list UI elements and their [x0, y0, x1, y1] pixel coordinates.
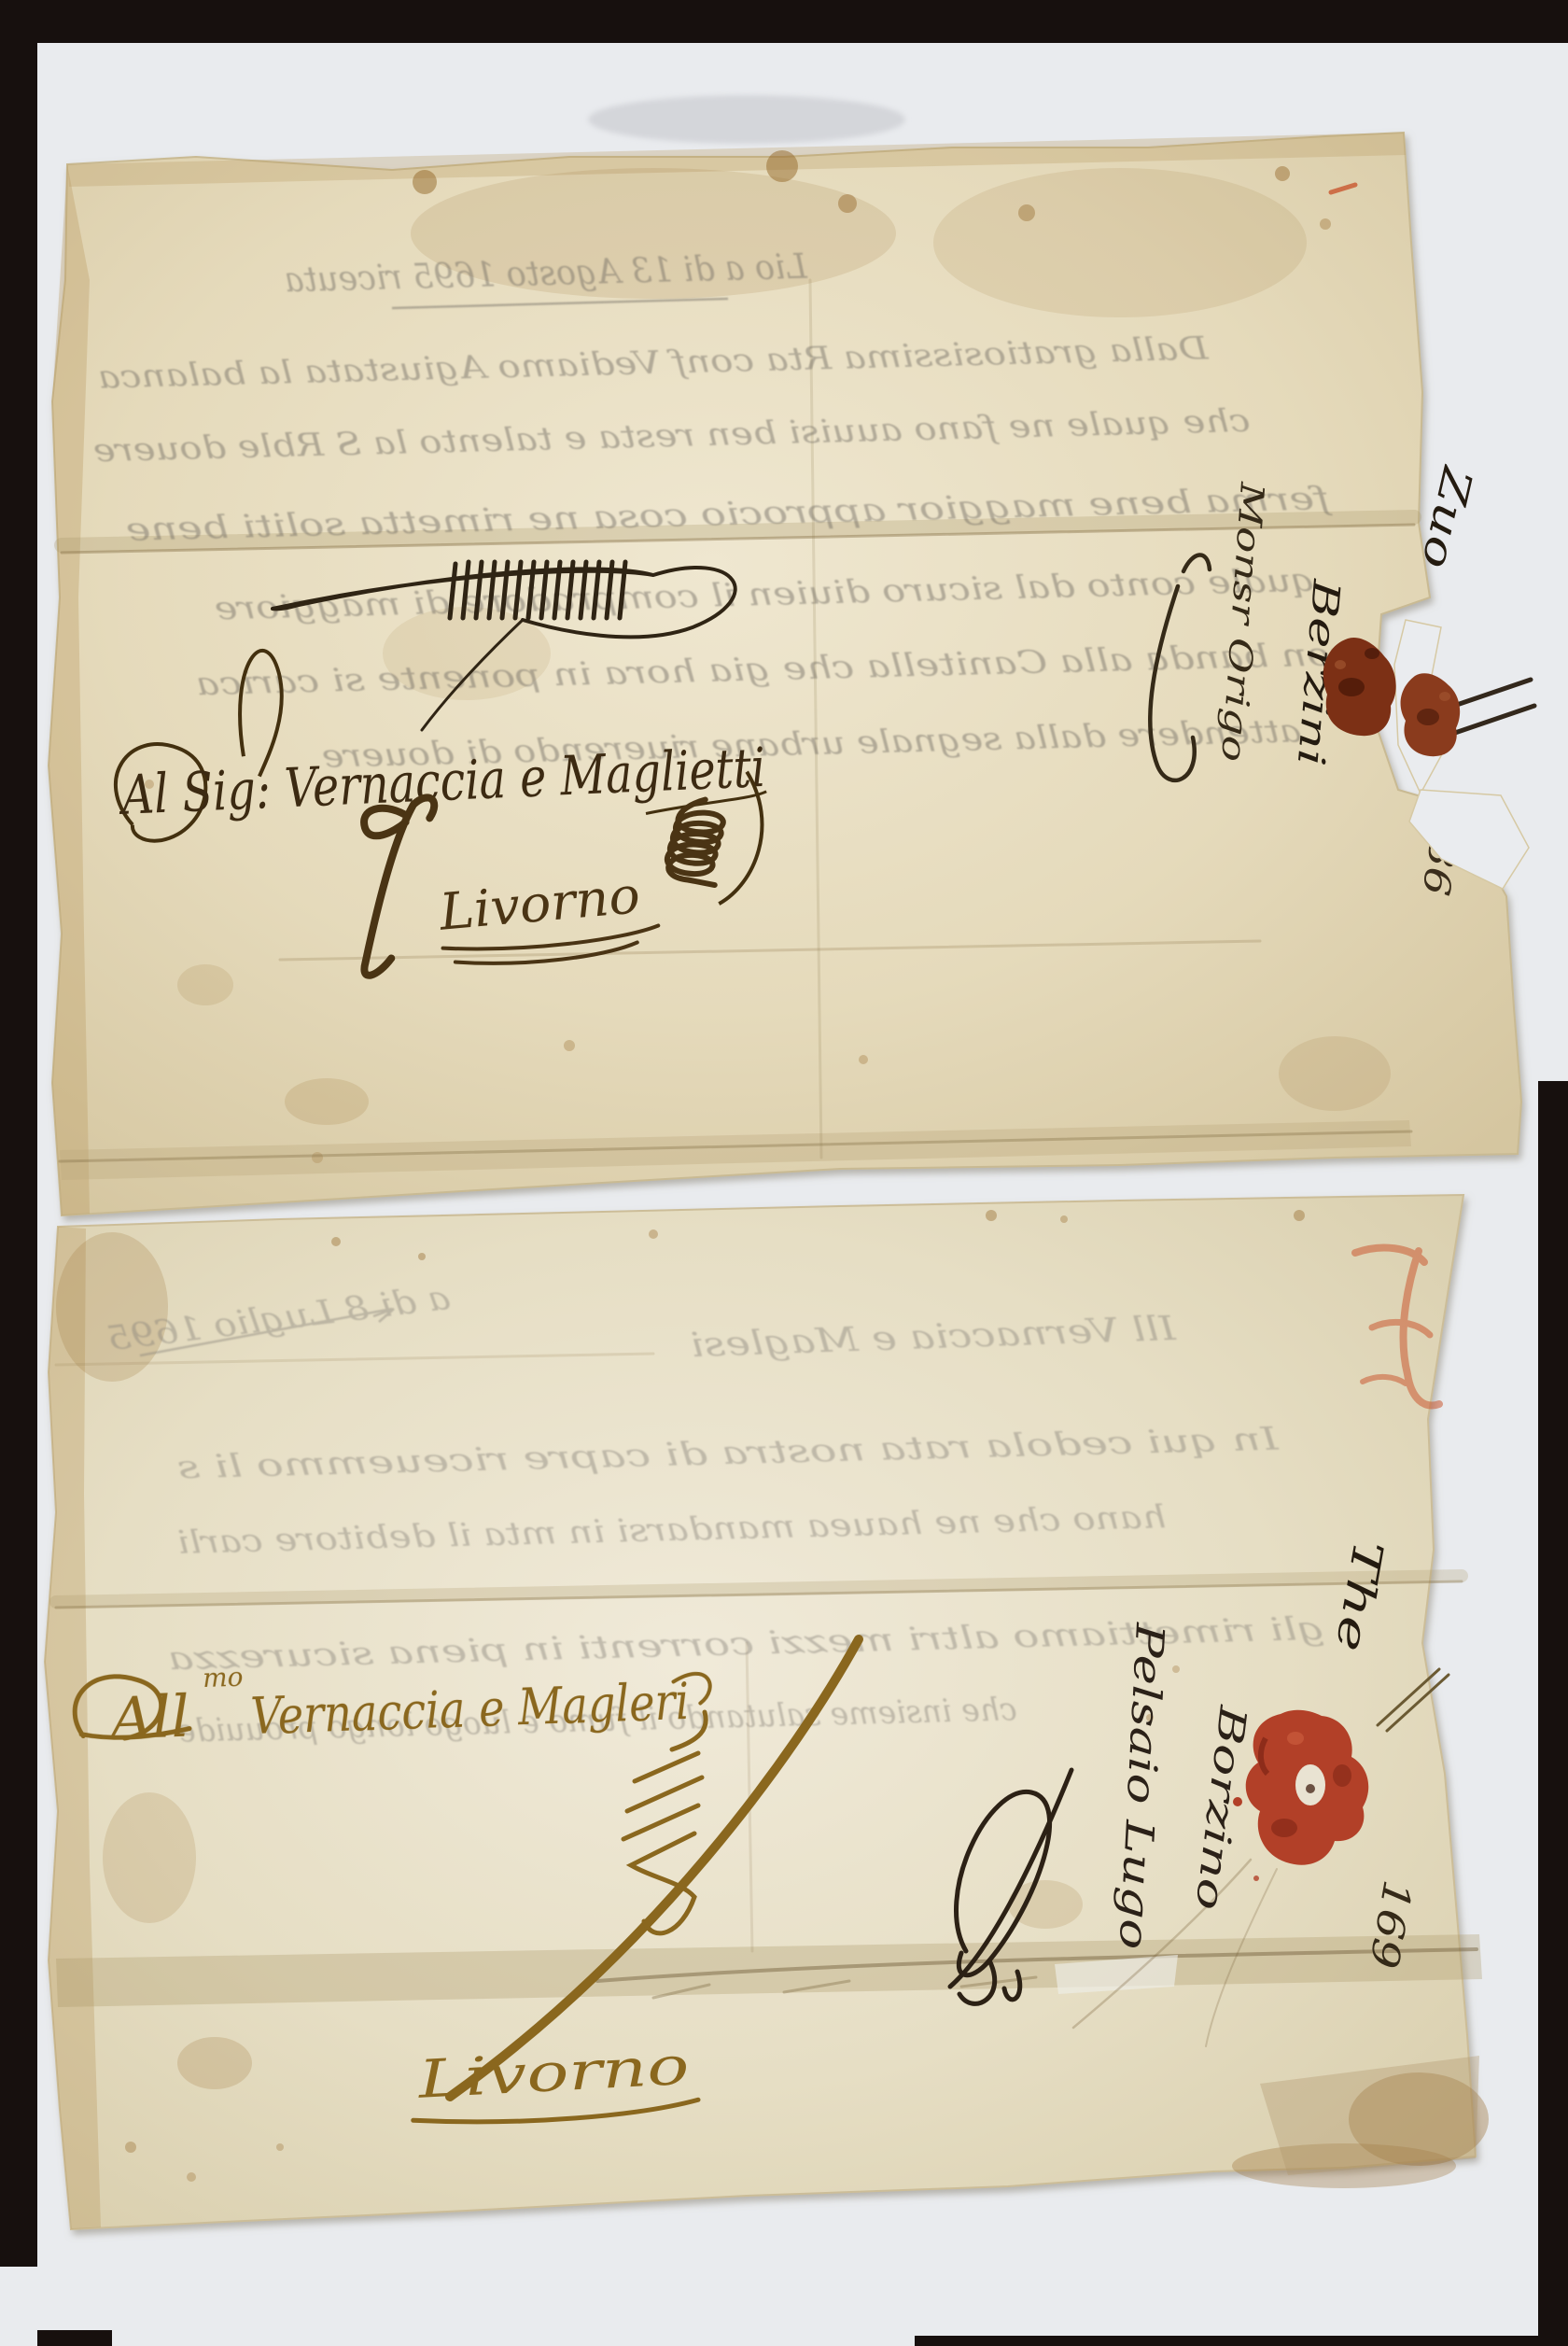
top-letter: Lio a di 13 Agosto 1695 riceuta Dalla gr… [49, 133, 1534, 1215]
address-prefix-text: All [105, 1682, 190, 1753]
frame-corner-nub [37, 2330, 112, 2346]
frame-top-edge [0, 0, 1568, 43]
letters-artwork: Lio a di 13 Agosto 1695 riceuta Dalla gr… [0, 0, 1568, 2346]
background-smudge [588, 95, 905, 144]
frame-right-edge [1538, 1081, 1568, 2346]
frame-left-edge [0, 0, 37, 2267]
tally-marks [1449, 680, 1534, 734]
merchant-mark-text: Zuo [1412, 460, 1482, 573]
photo-of-two-letters: Lio a di 13 Agosto 1695 riceuta Dalla gr… [0, 0, 1568, 2346]
frame-bottom-edge [915, 2336, 1568, 2346]
address-superscript-text: mo [203, 1662, 245, 1693]
bottom-letter: a di 8 Luglio 1695 Ill Vernaccia e Magle… [45, 1195, 1489, 2229]
